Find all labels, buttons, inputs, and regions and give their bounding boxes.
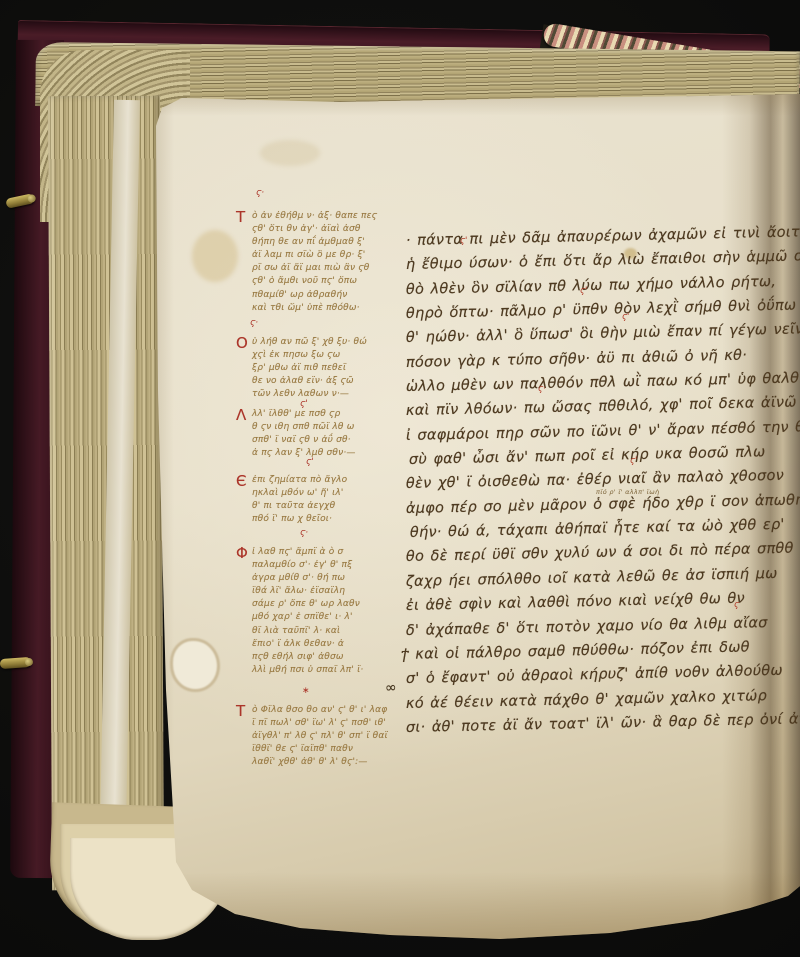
commentary-block: Τ ὸ Φϊλα θσο θο αν' ϛ' θ' ι' λαφ ϊ πϊ πω… — [236, 704, 388, 769]
text-line: λλὶ μθή πσι ὑ σπαϊ λπ' ϊ· — [252, 664, 363, 677]
rubric-mark: ϛ — [734, 600, 739, 610]
rubric-initial: Ο — [236, 336, 252, 401]
text-line: ἔπιο' ϊ ἀλκ θεθαν· ἀ — [252, 638, 363, 651]
rubric-mark: ϛ' — [622, 312, 629, 322]
rubric-mark: ϛ· — [538, 384, 546, 394]
text-line: πϛθ εθήλ σιφ' ἀθσω — [252, 651, 363, 664]
manuscript-photo: ∿∿ ϛ· Τ ὸ ἀν ἐθήθμ ν· ἀξ· θαπε πεϛ ϛθ' ὅ… — [0, 0, 800, 957]
parchment-repair-patch — [170, 638, 220, 692]
clasp-pin-icon — [0, 657, 31, 669]
rubric-initial: Φ — [236, 546, 252, 677]
rubric-initial: Τ — [236, 210, 252, 315]
text-line: πθό ϊ' πω χ θεῖοι· — [252, 513, 347, 526]
text-line: ὸ ἀν ἐθήθμ ν· ἀξ· θαπε πεϛ — [252, 210, 377, 223]
text-line: ὑ λήθ αν πῶ ξ' χθ ξυ· θώ — [252, 336, 367, 349]
rubric-mark: ϛ' — [580, 286, 587, 296]
text-line: ὸ Φϊλα θσο θο αν' ϛ' θ' ι' λαφ — [252, 704, 388, 717]
text-line: ϛθ' ὅτι θν ἁγ'· ἀϊαὶ ἀσθ — [252, 223, 377, 236]
text-line: ἰ λαθ πϛ' ἄμπϊ ὰ ὸ σ — [252, 546, 363, 559]
text-line: σπθ' ϊ ναϊ ϛθ ν ἀΰ σθ· — [252, 434, 356, 447]
text-line: ἀϊγθλ' π' λθ ϛ' πλ' θ' σπ' ϊ θαϊ — [252, 730, 388, 743]
text-line: μθό χαρ' ἑ σπϊθε' ι· λ' — [252, 611, 363, 624]
text-line: λλ' ϊλθθ' με πσθ ϛρ — [252, 408, 356, 421]
commentary-block: Є ἐπι ζημίατα πὸ ἄγλο ηκλαὶ μθόν ω' ἤ' ι… — [236, 474, 347, 526]
rubric-mark: ∗ — [302, 686, 310, 696]
text-line: ἀγρα μθίθ σ'· θή πω — [252, 572, 363, 585]
text-line: θϊ λιὰ ταῦπϊ' λ· καὶ — [252, 625, 363, 638]
text-line: ϊ πϊ πωλ' σθ' ϊω' λ' ϛ' πσθ' ιθ' — [252, 717, 388, 730]
rubric-initial: Є — [236, 474, 252, 526]
rubric-initial: Λ — [236, 408, 252, 460]
rubric-mark: ϛ· — [300, 528, 308, 538]
text-line: θ ϛν ιθη σπθ πῶϊ λθ ω — [252, 421, 356, 434]
rubric-mark: ϛ· — [256, 188, 264, 198]
commentary-block: Φ ἰ λαθ πϛ' ἄμπϊ ὰ ὸ σ παλαμθίο σ'· ἐγ' … — [236, 546, 363, 677]
text-line: καὶ τθι ὥμ' ὑπὲ πθόθω· — [252, 302, 377, 315]
rubric-mark: ϛ· — [250, 318, 258, 328]
text-line: θε νο ἀλαθ εϊν· ἀξ ϛῶ — [252, 375, 367, 388]
rubric-mark: ϛ' — [460, 236, 467, 246]
commentary-block: Λ λλ' ϊλθθ' με πσθ ϛρ θ ϛν ιθη σπθ πῶϊ λ… — [236, 408, 356, 460]
commentary-block: Ο ὑ λήθ αν πῶ ξ' χθ ξυ· θώ χϛὶ ἐκ πησω ξ… — [236, 336, 367, 401]
text-line: ϊθθϊ' θε ϛ' ϊαϊπθ' παθν — [252, 743, 388, 756]
rubric-mark: ϛ' — [630, 456, 637, 466]
text-line: ϛθ' ὁ ἄμθι νοῦ πϛ' ὅπω — [252, 275, 377, 288]
text-line: ηκλαὶ μθόν ω' ἤ' ιλ' — [252, 487, 347, 500]
text-line: ἀϊ λαμ πι σϊὼ ὃ με θρ· ξ' — [252, 249, 377, 262]
text-line: χϛὶ ἐκ πησω ξω ϛω — [252, 349, 367, 362]
page-bottom-shading — [140, 872, 800, 942]
text-line: θ' πι ταῦτα ἀεγχθ — [252, 500, 347, 513]
margin-omega-glyph: ∞ — [384, 680, 397, 697]
text-line: ρϊ σω ἀϊ ἄϊ μαι πιὼ ἂν ϛθ — [252, 262, 377, 275]
text-line: λαθϊ' χθθ' ἀθ' θ' λ' θϛ':— — [252, 756, 388, 769]
text-line: ἀ πϛ λαν ξ' λμθ σθν·— — [252, 447, 356, 460]
text-line: παλαμθίο σ'· ἐγ' θ' πξ — [252, 559, 363, 572]
parchment-stain — [192, 230, 238, 282]
text-line: πθαμίθ' ωρ ἀθραθήν — [252, 289, 377, 302]
rubric-mark: ϛ' — [306, 457, 314, 467]
commentary-block: Τ ὸ ἀν ἐθήθμ ν· ἀξ· θαπε πεϛ ϛθ' ὅτι θν … — [236, 210, 377, 315]
text-line: ἐπι ζημίατα πὸ ἄγλο — [252, 474, 347, 487]
main-text-column: · πάντα πι μὲν δᾶμ ἀπαυρέρων ἀχαμῶν εἰ τ… — [406, 229, 778, 740]
text-line: θήπη θε αν πΐ ἀμθμαθ ξ' — [252, 236, 377, 249]
interlinear-gloss: πϊό ρ' ϊ' αλλπ' ϊωὴ — [596, 488, 659, 496]
rubric-initial: Τ — [236, 704, 252, 769]
parchment-stain — [260, 140, 320, 166]
text-line: τῶν λεθν λαθων ν·— — [252, 388, 367, 401]
text-line: σάμε ρ' ὄπε θ' ωρ λαθν — [252, 598, 363, 611]
text-line: ξρ' μθω ἀϊ πιθ πεθεϊ — [252, 362, 367, 375]
text-line: ϊθά λϊ' ἄλω· ἐϊσαϊλη — [252, 585, 363, 598]
